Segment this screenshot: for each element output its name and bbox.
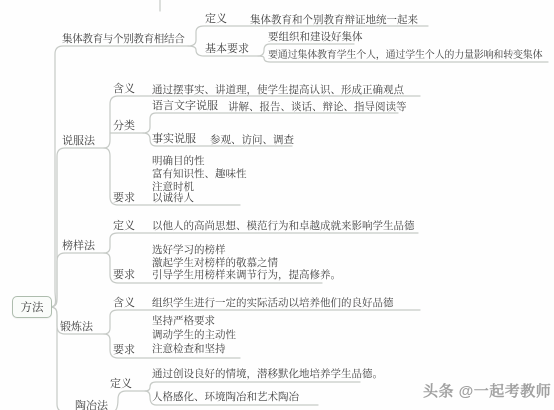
b2-requirements-label: 要求 xyxy=(113,269,135,282)
b3-meaning-text: 组织学生进行一定的实际活动以培养他们的良好品德 xyxy=(152,297,394,310)
b4-definition-label: 定义 xyxy=(110,378,132,391)
b4-definition-item: 通过创设良好的情境，潜移默化地培养学生品德。 xyxy=(152,368,383,381)
b0-definition-label: 定义 xyxy=(205,13,227,26)
branch-4-label: 陶冶法 xyxy=(75,400,108,410)
b1-requirements-label: 要求 xyxy=(113,192,135,205)
root-label: 方法 xyxy=(21,299,44,315)
b1-requirement-item: 以诚待人 xyxy=(152,192,194,205)
connector-root-branch-2 xyxy=(50,253,104,307)
b1-meaning-label: 含义 xyxy=(113,83,135,96)
branch-1-label: 说服法 xyxy=(62,135,95,148)
b0-definition-text: 集体教育和个别教育辩证地统一起来 xyxy=(250,14,418,27)
b0-requirement-item: 要通过集体教育学生个人，通过学生个人的力量影响和转变集体 xyxy=(268,49,542,62)
b1-category-label: 分类 xyxy=(113,120,135,133)
mindmap-canvas: 方法 集体教育与个别教育相结合 定义 集体教育和个别教育辩证地统一起来 基本要求… xyxy=(0,0,554,410)
b2-requirement-item: 选好学习的榜样 xyxy=(152,244,226,257)
toutiao-watermark: 头条 @一起考教师 xyxy=(423,380,551,401)
connector-b4-def xyxy=(112,391,145,410)
b3-requirement-item: 注意检查和坚持 xyxy=(152,343,226,356)
b0-requirement-item: 要组织和建设好集体 xyxy=(268,31,363,44)
b1-verbal-text: 讲解、报告、谈话、辩论、指导阅读等 xyxy=(228,101,407,114)
b2-definition-text: 以他人的高尚思想、模范行为和卓越成就来影响学生品德 xyxy=(152,220,415,233)
branch-3-label: 锻炼法 xyxy=(60,321,93,334)
branch-0-label: 集体教育与个别教育相结合 xyxy=(62,33,184,46)
b3-requirement-item: 坚持严格要求 xyxy=(152,315,215,328)
b2-definition-label: 定义 xyxy=(113,220,135,233)
b3-meaning-label: 含义 xyxy=(113,297,135,310)
branch-2-label: 榜样法 xyxy=(62,240,95,253)
b3-requirements-label: 要求 xyxy=(113,344,135,357)
b1-meaning-text: 通过摆事实、讲道理，使学生提高认识、形成正确观点 xyxy=(152,84,404,97)
root-node-method: 方法 xyxy=(12,296,52,318)
b2-requirement-item: 引导学生用榜样来调节行为，提高修养。 xyxy=(152,269,341,282)
connector-root-branch-1 xyxy=(50,148,104,307)
b1-verbal-label: 语言文字说服 xyxy=(152,100,218,113)
b1-requirement-item: 明确目的性 xyxy=(152,155,205,168)
b3-requirement-item: 调动学生的主动性 xyxy=(152,329,236,342)
b1-factual-text: 参观、访问、调查 xyxy=(210,134,294,147)
b1-factual-label: 事实说服 xyxy=(152,133,196,146)
connector-b1-fenlei-0 xyxy=(143,113,398,133)
connector-b4-def-0 xyxy=(145,382,360,391)
b4-definition-item: 人格感化、环境陶冶和艺术陶冶 xyxy=(152,391,299,404)
b0-requirements-label: 基本要求 xyxy=(205,43,249,56)
b1-requirement-item: 富有知识性、趣味性 xyxy=(152,168,247,181)
